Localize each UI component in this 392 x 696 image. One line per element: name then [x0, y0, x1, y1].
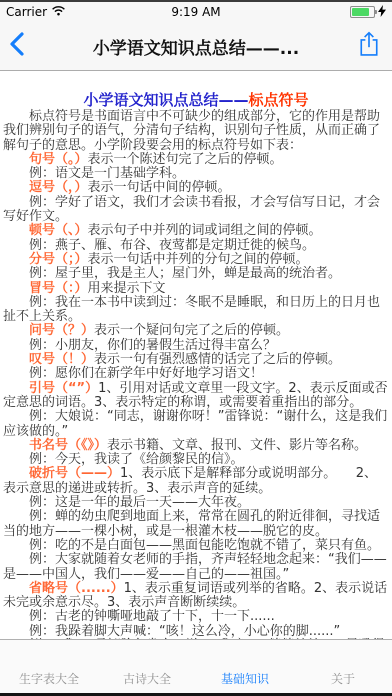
entry-definition: 顿号（、）表示句子中并列的词或词组之间的停顿。 — [3, 224, 389, 238]
tab-shengzibiao-daquan[interactable]: 生字表大全 — [0, 640, 98, 693]
example-line: 例：我跺着脚大声喊：“咳！这么冷，小心你的脚......” — [3, 625, 389, 639]
example-line: 例：屋子里，我是主人；屋门外，蝉是最高的统治者。 — [3, 267, 389, 281]
example-line: 例：古老的钟嘶哑地敲了十下，十一下...... — [3, 610, 389, 624]
example-line: 例：我在一本书中读到过：冬眠不是睡眠，和日历上的日月也扯不上关系。 — [3, 296, 389, 325]
wifi-icon — [51, 5, 66, 19]
entry-definition: 破折号（——）1、表示底下是解释部分或说明部分。 2、表示意思的递进或转折。3、… — [3, 467, 389, 496]
charging-bolt-icon — [378, 5, 386, 20]
tab-label: 关于 — [331, 670, 355, 687]
entry-definition: 省略号（......）1、表示重复词语或列举的省略。2、表示说话未完或余意示尽。… — [3, 582, 389, 611]
example-line: 例：燕子、雁、布谷、夜莺都是定期迁徙的候鸟。 — [3, 239, 389, 253]
tab-label: 生字表大全 — [19, 670, 79, 687]
app-screen: Carrier 9:19 AM — [0, 0, 392, 696]
tab-jichu-zhishi[interactable]: 基础知识 — [196, 640, 294, 693]
tab-bar: 生字表大全古诗大全基础知识关于 — [0, 639, 392, 693]
tab-label: 古诗大全 — [123, 670, 171, 687]
article-intro: 标点符号是书面语言中不可缺少的组成部分，它的作用是帮助我们辨别句子的语气，分清句… — [3, 110, 389, 153]
tab-guanyu[interactable]: 关于 — [294, 640, 392, 693]
entry-definition: 引号（“”）1、引用对话或文章里一段文字。2、表示反面或否定意思的词语。3、表示… — [3, 382, 389, 411]
entry-term: 引号（“”） — [29, 381, 98, 396]
example-line: 例：大家就随着女老师的手指，齐声轻轻地念起来：“我们——是——中国人，我们——爱… — [3, 553, 389, 582]
article-title: 小学语文知识点总结——标点符号 — [3, 92, 389, 108]
entry-term: 逗号（，） — [29, 180, 88, 195]
entry-definition: 问号（？）表示一个疑问句完了之后的停顿。 — [3, 324, 389, 338]
entry-term: 顿号（、） — [29, 223, 88, 238]
example-line: 例：学好了语文，我们才会读书看报，才会写信写日记，才会写好作文。 — [3, 196, 389, 225]
share-button[interactable] — [346, 22, 392, 70]
status-time: 9:19 AM — [116, 5, 276, 19]
example-line: 例：愿你们在新学年中好好地学习语文！ — [3, 367, 389, 381]
entry-definition: 冒号（：）用来提示下文 — [3, 282, 389, 296]
entry-term: 句号（。） — [29, 152, 88, 167]
entry-term: 问号（？） — [29, 323, 94, 338]
entry-term: 书名号（《》） — [29, 438, 107, 453]
article-title-red: 标点符号 — [249, 91, 309, 109]
entry-term: 冒号（：） — [29, 281, 88, 296]
entry-definition: 书名号（《》）表示书籍、文章、报刊、文件、影片等名称。 — [3, 439, 389, 453]
article-title-blue: 小学语文知识点总结—— — [83, 91, 248, 109]
tab-label: 基础知识 — [221, 670, 269, 687]
entry-term: 叹号（！） — [29, 352, 94, 367]
status-left: Carrier — [6, 5, 116, 19]
share-icon — [359, 31, 379, 61]
battery-icon — [350, 6, 375, 18]
article-content[interactable]: 小学语文知识点总结——标点符号 标点符号是书面语言中不可缺少的组成部分，它的作用… — [0, 71, 392, 639]
entry-term: 省略号（......） — [29, 581, 124, 596]
entries-list: 句号（。）表示一个陈述句完了之后的停顿。例：语文是一门基础学科。逗号（，）表示一… — [3, 153, 389, 639]
tab-gushi-daquan[interactable]: 古诗大全 — [98, 640, 196, 693]
entry-term: 分号（；） — [29, 252, 88, 267]
chevron-left-icon — [10, 32, 24, 60]
status-bar: Carrier 9:19 AM — [0, 2, 392, 22]
navigation-bar: 小学语文知识点总结——... — [0, 22, 392, 71]
example-line: 例：蝉的幼虫爬到地面上来，常常在圆孔的附近徘徊，寻找适当的地方——一棵小树，或是… — [3, 510, 389, 539]
example-line: 例：小朋友，你们的暑假生活过得丰富么？ — [3, 339, 389, 353]
carrier-label: Carrier — [6, 5, 47, 19]
back-button[interactable] — [0, 22, 44, 70]
entry-term: 破折号（——） — [29, 466, 120, 481]
status-right — [276, 5, 386, 20]
example-line: 例：大娘说：“同志，谢谢你呀！”雷锋说：“谢什么，这是我们应该做的。” — [3, 410, 389, 439]
entry-definition: 逗号（，）表示一句话中间的停顿。 — [3, 181, 389, 195]
page-title: 小学语文知识点总结——... — [60, 34, 332, 59]
